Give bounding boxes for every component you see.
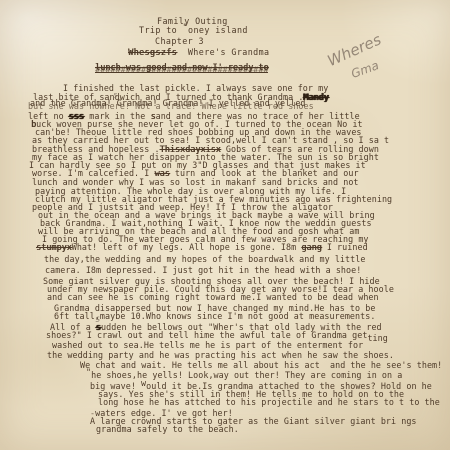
typed-text: but she was nowhere! Not a trace! Where … xyxy=(28,101,314,111)
typed-line: "he shoes,he yells! Look,way out ther! T… xyxy=(86,371,402,379)
typed-text: camera. I8m depressed. I just got hit in… xyxy=(45,265,361,275)
typed-text: stumpyx xyxy=(36,242,72,252)
typed-line: 6ft tall,maybe 10.Who knows since I'm no… xyxy=(54,312,375,320)
typed-line: the day,the wedding and my hopes of the … xyxy=(44,255,365,263)
typed-line: camera. I8m depressed. I just got hit in… xyxy=(45,266,361,274)
typed-line: Trip to "oney island xyxy=(139,26,248,34)
handwritten-note: Gma xyxy=(349,58,380,81)
typed-line: stumpyxWhat! left of my legs. All hope i… xyxy=(36,243,368,251)
typed-text: ################################## xyxy=(95,65,268,75)
typed-text: the day,the wedding and my hopes of the … xyxy=(44,254,365,264)
typed-text: washed out to sea.He tells me he is part… xyxy=(52,340,363,350)
typed-text: he shoes,he yells! Look,way out ther! Th… xyxy=(91,370,402,380)
typed-text: ting xyxy=(367,333,387,343)
typed-text: and can see he is coming right toward me… xyxy=(47,292,379,302)
typed-text: Whesgszfs xyxy=(128,47,177,57)
typed-text: We chat and wait. He tells me all about … xyxy=(80,360,442,370)
typed-text: Trip to xyxy=(139,25,183,35)
typed-line: Chapter 3 xyxy=(155,37,204,45)
typed-line: grandma safely to the beach. xyxy=(96,425,239,433)
typed-line: washed out to sea.He tells me he is part… xyxy=(52,341,363,349)
typed-text: w xyxy=(141,378,146,388)
typed-line: ################################## xyxy=(95,66,268,74)
typed-text: I ruined xyxy=(322,242,368,252)
typed-line: but she was nowhere! Not a trace! Where … xyxy=(28,102,314,110)
typed-line: the wedding party and he was practing hi… xyxy=(47,351,394,359)
typed-line: and can see he is coming right toward me… xyxy=(47,293,379,301)
handwritten-note: s xyxy=(95,314,101,325)
typed-text: 6ft tall,maybe 10.Who knows since I'm no… xyxy=(54,311,375,321)
typed-line: We chat and wait. He tells me all about … xyxy=(80,361,442,369)
typed-text: Where's Grandma xyxy=(177,47,270,57)
typed-text: shoes?" I crawl out and tell hime the aw… xyxy=(46,330,367,340)
typed-text: the wedding party and he was practing hi… xyxy=(47,350,394,360)
typed-text: grandma safely to the beach. xyxy=(96,424,239,434)
typed-text: gang xyxy=(301,242,321,252)
typewritten-page: Family OutingTrip to "oney islandChapter… xyxy=(0,0,450,450)
typed-text: " xyxy=(183,22,188,32)
typed-text: " xyxy=(86,367,91,377)
typed-text: Chapter 3 xyxy=(155,36,204,46)
handwritten-note: 5 xyxy=(113,92,117,100)
typed-text: oney island xyxy=(188,25,248,35)
typed-line: shoes?" I crawl out and tell hime the aw… xyxy=(46,331,388,339)
typed-text: What! left of my legs. All hope is gone.… xyxy=(72,242,302,252)
typed-line: Whesgszfs Where's Grandma xyxy=(128,48,270,56)
typed-line: long hose he has attched to his projecti… xyxy=(98,398,440,406)
typed-text: long hose he has attched to his projecti… xyxy=(98,397,440,407)
